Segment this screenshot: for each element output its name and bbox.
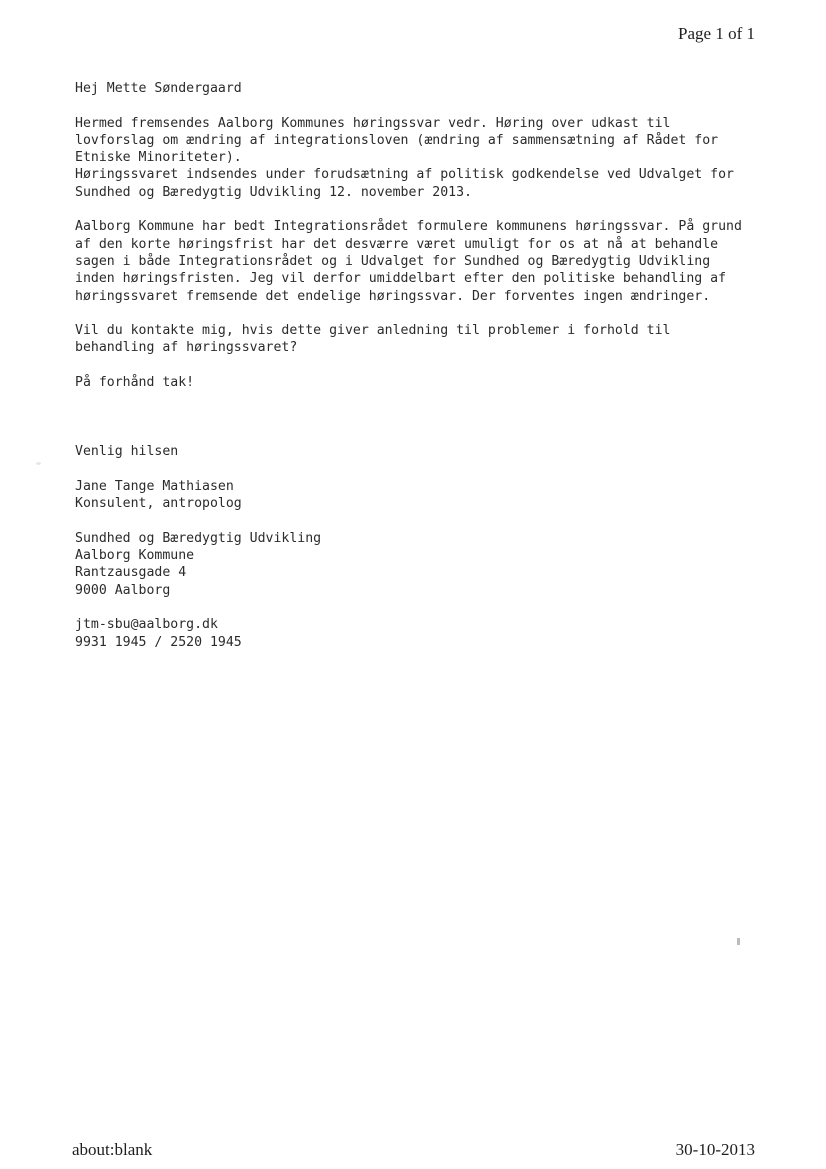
footer-source-url: about:blank xyxy=(72,1140,152,1160)
scan-artifact xyxy=(737,938,740,945)
page-number-indicator: Page 1 of 1 xyxy=(678,24,755,44)
email-letter-body: Hej Mette Søndergaard Hermed fremsendes … xyxy=(75,80,796,651)
thanks-line: På forhånd tak! xyxy=(75,374,796,391)
signature-address-block: Sundhed og Bæredygtig Udvikling Aalborg … xyxy=(75,530,796,599)
request-paragraph: Vil du kontakte mig, hvis dette giver an… xyxy=(75,322,796,357)
signature-name-block: Jane Tange Mathiasen Konsulent, antropol… xyxy=(75,478,796,513)
signature-contact-block: jtm-sbu@aalborg.dk 9931 1945 / 2520 1945 xyxy=(75,616,796,651)
greeting-line: Hej Mette Søndergaard xyxy=(75,80,796,97)
closing-line: Venlig hilsen xyxy=(75,443,796,460)
footer-print-date: 30-10-2013 xyxy=(676,1140,755,1160)
print-footer: about:blank 30-10-2013 xyxy=(0,1127,826,1169)
intro-paragraph: Hermed fremsendes Aalborg Kommunes hørin… xyxy=(75,115,796,201)
explanation-paragraph: Aalborg Kommune har bedt Integrationsråd… xyxy=(75,218,796,304)
printed-email-page: Page 1 of 1 Hej Mette Søndergaard Hermed… xyxy=(0,0,826,1169)
scan-artifact xyxy=(36,462,41,465)
